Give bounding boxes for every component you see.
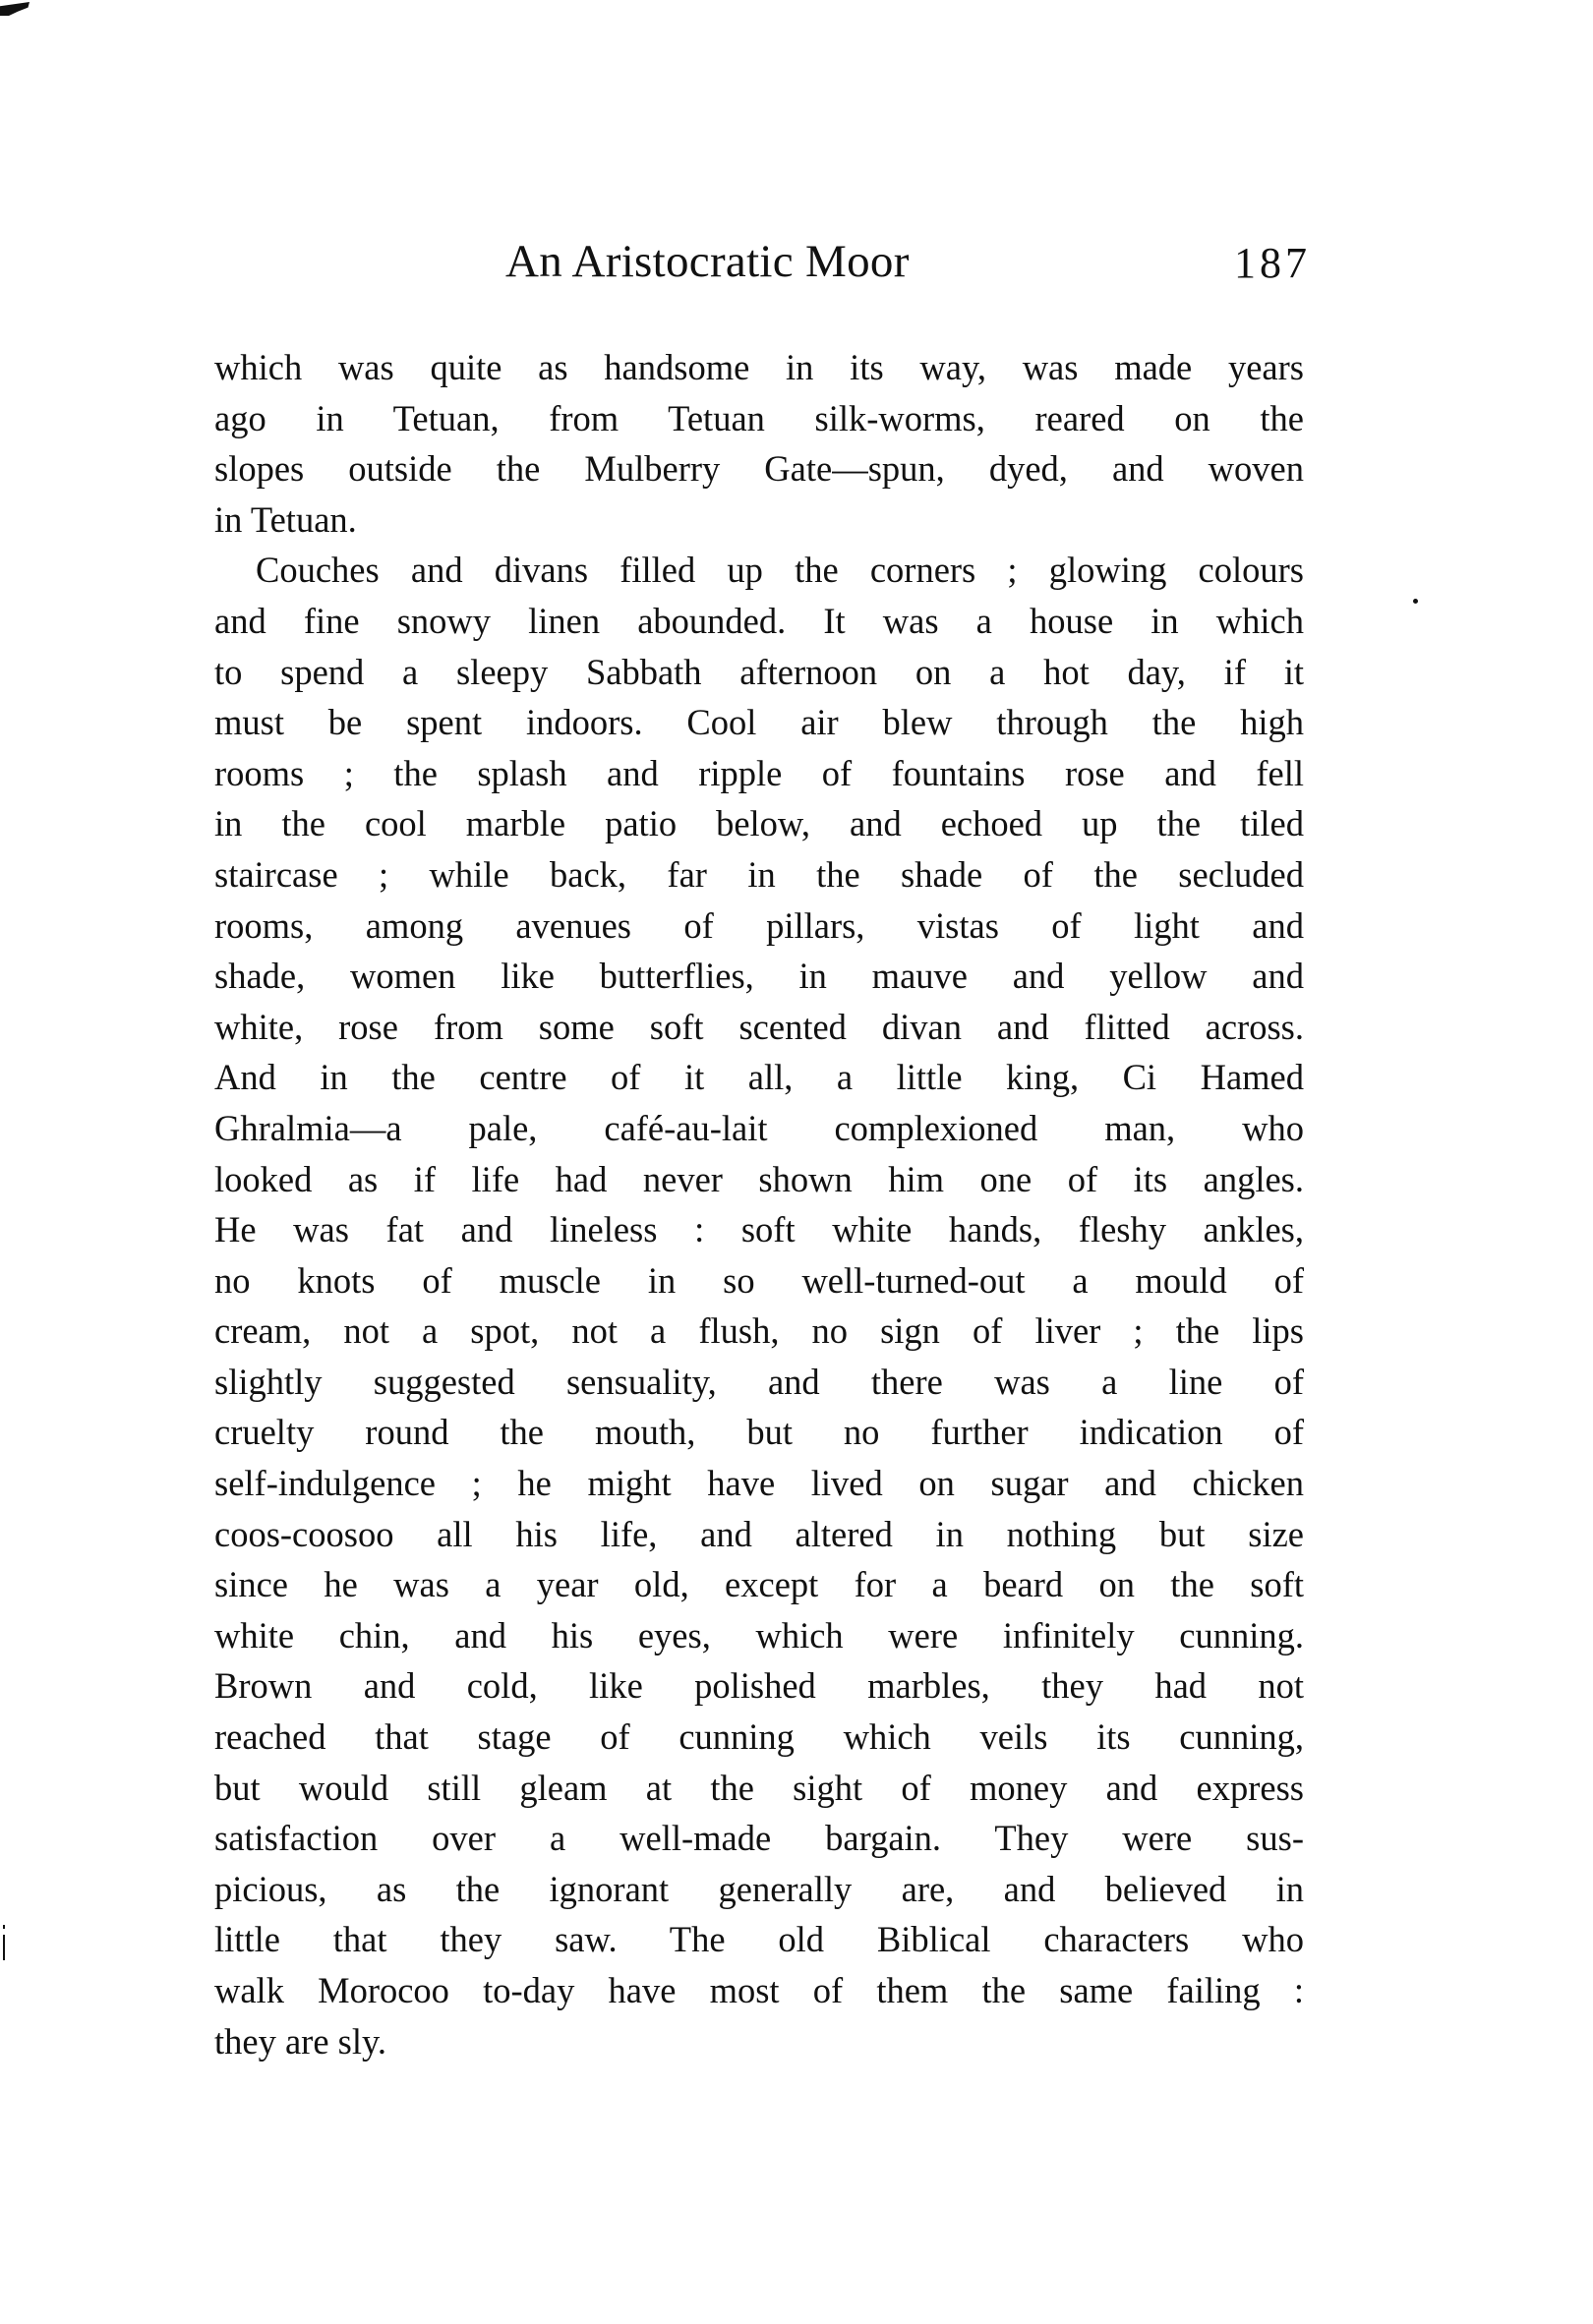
text-line: little that they saw. The old Biblical c… — [214, 1914, 1304, 1965]
text-line: to spend a sleepy Sabbath afternoon on a… — [214, 647, 1304, 698]
body-text: which was quite as handsome in its way, … — [214, 342, 1304, 2066]
text-line: no knots of muscle in so well-turned-out… — [214, 1255, 1304, 1307]
text-line: reached that stage of cunning which veil… — [214, 1712, 1304, 1763]
scan-speck — [1413, 599, 1418, 604]
text-line: cream, not a spot, not a flush, no sign … — [214, 1306, 1304, 1357]
text-line: slopes outside the Mulberry Gate—spun, d… — [214, 443, 1304, 494]
text-line: and fine snowy linen abounded. It was a … — [214, 596, 1304, 647]
scan-speck — [3, 1925, 5, 1929]
text-line: but would still gleam at the sight of mo… — [214, 1763, 1304, 1814]
text-line: Ghralmia—a pale, café-au-lait complexion… — [214, 1103, 1304, 1154]
text-line: shade, women like butterflies, in mauve … — [214, 951, 1304, 1002]
scan-speck — [3, 1935, 5, 1960]
running-head: An Aristocratic Moor 187 — [0, 232, 1593, 291]
text-line: in Tetuan. — [214, 494, 1304, 546]
text-line: rooms, among avenues of pillars, vistas … — [214, 901, 1304, 952]
text-line: He was fat and lineless : soft white han… — [214, 1204, 1304, 1255]
text-line: cruelty round the mouth, but no further … — [214, 1407, 1304, 1458]
paragraph-2: Couches and divans filled up the corners… — [214, 545, 1304, 2066]
paragraph-1: which was quite as handsome in its way, … — [214, 342, 1304, 545]
text-line: must be spent indoors. Cool air blew thr… — [214, 697, 1304, 748]
text-line: ago in Tetuan, from Tetuan silk-worms, r… — [214, 393, 1304, 444]
text-line: self-indulgence ; he might have lived on… — [214, 1458, 1304, 1509]
text-line: picious, as the ignorant generally are, … — [214, 1864, 1304, 1915]
text-line: satisfaction over a well-made bargain. T… — [214, 1813, 1304, 1864]
text-line: which was quite as handsome in its way, … — [214, 342, 1304, 393]
scan-artifact-mark — [0, 2, 29, 16]
text-line: Brown and cold, like polished marbles, t… — [214, 1660, 1304, 1712]
text-line: in the cool marble patio below, and echo… — [214, 798, 1304, 849]
text-line: slightly suggested sensuality, and there… — [214, 1357, 1304, 1408]
text-line: rooms ; the splash and ripple of fountai… — [214, 748, 1304, 799]
text-line: Couches and divans filled up the corners… — [214, 545, 1304, 596]
text-line: white, rose from some soft scented divan… — [214, 1002, 1304, 1053]
text-line: since he was a year old, except for a be… — [214, 1559, 1304, 1610]
book-page: An Aristocratic Moor 187 which was quite… — [0, 0, 1593, 2324]
text-line: they are sly. — [214, 2016, 1304, 2067]
text-line: white chin, and his eyes, which were inf… — [214, 1610, 1304, 1661]
text-line: And in the centre of it all, a little ki… — [214, 1052, 1304, 1103]
text-line: staircase ; while back, far in the shade… — [214, 849, 1304, 901]
text-line: coos-coosoo all his life, and altered in… — [214, 1509, 1304, 1560]
text-line: looked as if life had never shown him on… — [214, 1154, 1304, 1205]
running-title: An Aristocratic Moor — [505, 232, 910, 291]
page-number: 187 — [1234, 234, 1311, 293]
text-line: walk Morocoo to-day have most of them th… — [214, 1965, 1304, 2016]
